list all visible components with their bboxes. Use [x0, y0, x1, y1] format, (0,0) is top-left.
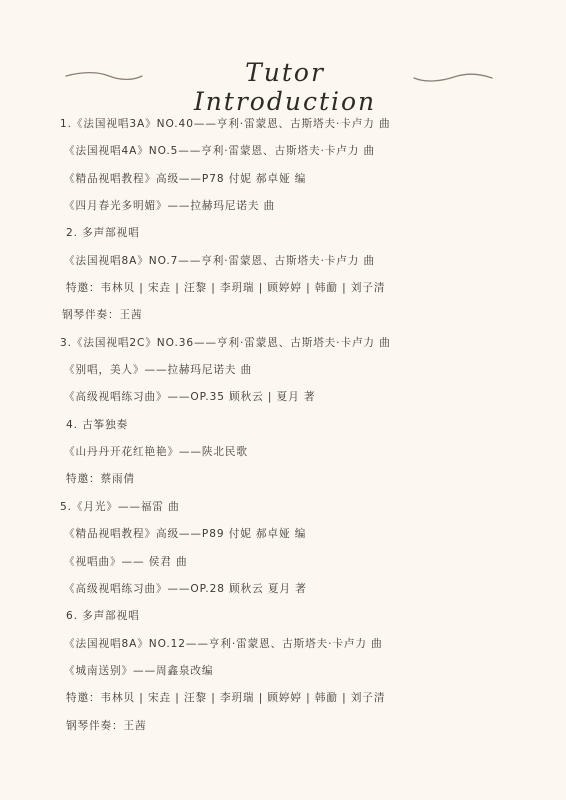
program-line: 《高级视唱练习曲》——OP.28 顾秋云 夏月 著 [0, 578, 566, 605]
program-line: 1.《法国视唱3A》NO.40——亨利·雷蒙恩、古斯塔夫·卡卢力 曲 [0, 113, 566, 140]
program-section-heading: 6. 多声部视唱 [0, 605, 566, 632]
program-line: 《法国视唱8A》NO.7——亨利·雷蒙恩、古斯塔夫·卡卢力 曲 [0, 250, 566, 277]
program-line: 《城南送别》——周鑫泉改编 [0, 660, 566, 687]
left-swash-ornament-icon [64, 70, 144, 84]
piano-accompanist: 钢琴伴奏：王茜 [0, 304, 566, 331]
program-line: 《法国视唱8A》NO.12——亨利·雷蒙恩、古斯塔夫·卡卢力 曲 [0, 633, 566, 660]
section-header: Tutor Introduction [0, 52, 566, 102]
program-line: 《别唱，美人》——拉赫玛尼诺夫 曲 [0, 359, 566, 386]
guest-performers: 特邀：韦林贝 | 宋垚 | 汪黎 | 李玥瑞 | 顾婷婷 | 韩勔 | 刘子清 [0, 277, 566, 304]
program-line: 《四月春光多明媚》——拉赫玛尼诺夫 曲 [0, 195, 566, 222]
program-section-heading: 4. 古筝独奏 [0, 414, 566, 441]
section-title: Tutor Introduction [170, 58, 400, 116]
guest-performers: 特邀：蔡雨倩 [0, 468, 566, 495]
program-line: 《高级视唱练习曲》——OP.35 顾秋云 | 夏月 著 [0, 386, 566, 413]
program-line: 3.《法国视唱2C》NO.36——亨利·雷蒙恩、古斯塔夫·卡卢力 曲 [0, 332, 566, 359]
program-line: 《精品视唱教程》高级——P89 付妮 郝卓娅 编 [0, 523, 566, 550]
program-line: 《法国视唱4A》NO.5——亨利·雷蒙恩、古斯塔夫·卡卢力 曲 [0, 140, 566, 167]
program-section-heading: 2. 多声部视唱 [0, 222, 566, 249]
program-list: 1.《法国视唱3A》NO.40——亨利·雷蒙恩、古斯塔夫·卡卢力 曲 《法国视唱… [0, 113, 566, 742]
guest-performers: 特邀：韦林贝 | 宋垚 | 汪黎 | 李玥瑞 | 顾婷婷 | 韩勔 | 刘子清 [0, 687, 566, 714]
piano-accompanist: 钢琴伴奏：王茜 [0, 715, 566, 742]
program-line: 《山丹丹开花红艳艳》——陕北民歌 [0, 441, 566, 468]
program-line: 5.《月光》——福雷 曲 [0, 496, 566, 523]
program-line: 《精品视唱教程》高级——P78 付妮 郝卓娅 编 [0, 168, 566, 195]
right-swash-ornament-icon [412, 70, 494, 84]
program-line: 《视唱曲》—— 侯君 曲 [0, 551, 566, 578]
